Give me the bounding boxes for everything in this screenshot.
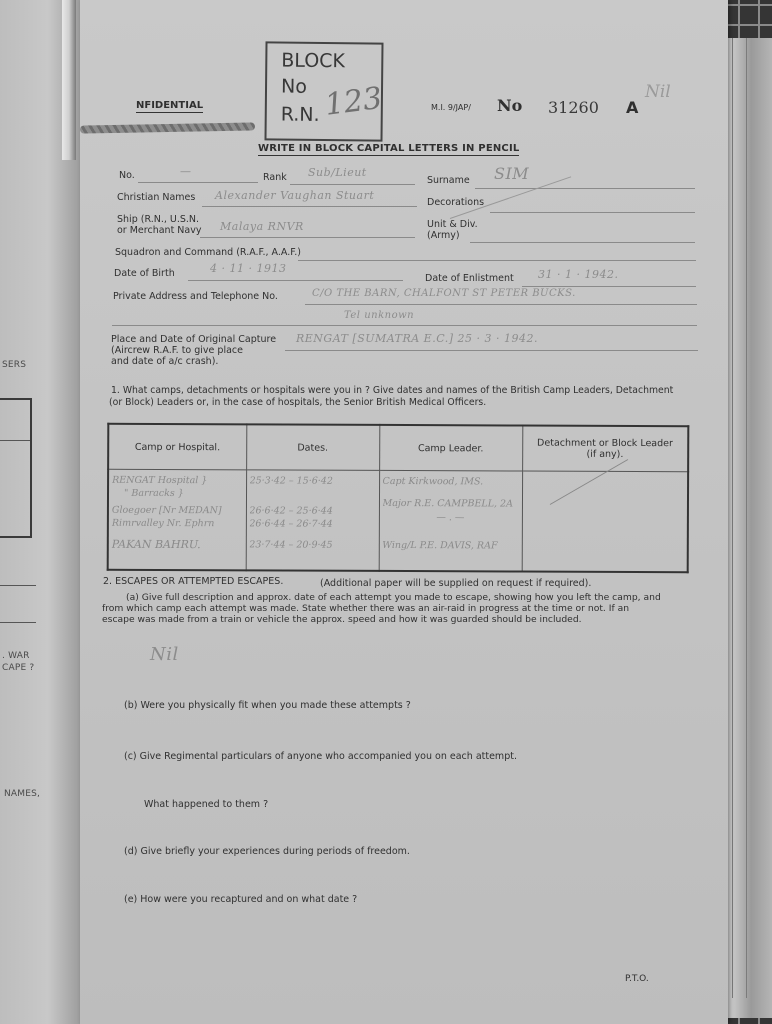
column-header-camp-leader: Camp Leader.: [379, 425, 522, 471]
question-2b: (b) Were you physically fit when you mad…: [124, 700, 411, 711]
decorations-label: Decorations: [427, 197, 484, 208]
binding-twine: [80, 122, 255, 133]
capture-label-line2: (Aircrew R.A.F. to give place: [111, 345, 243, 356]
surname-value[interactable]: SIM: [494, 164, 529, 183]
stamp-line-rn: R.N.: [281, 104, 320, 126]
rank-label: Rank: [263, 172, 287, 183]
question-2-heading: 2. ESCAPES OR ATTEMPTED ESCAPES.: [103, 576, 283, 587]
camp-cell[interactable]: RENGAT Hospital } " Barracks } Gloegoer …: [108, 469, 246, 570]
unit-label-line2: (Army): [427, 230, 460, 241]
rank-value[interactable]: Sub/Lieut: [308, 166, 367, 179]
left-page-fragment: . WAR: [2, 651, 30, 661]
question-2e: (e) How were you recaptured and on what …: [124, 894, 357, 905]
capture-value[interactable]: RENGAT [Sumatra E.C.] 25 · 3 · 1942.: [296, 332, 538, 345]
please-turn-over: P.T.O.: [625, 974, 649, 984]
surname-label: Surname: [427, 175, 470, 186]
instruction-heading: WRITE IN BLOCK CAPITAL LETTERS IN PENCIL: [258, 143, 519, 156]
serial-suffix: A: [626, 98, 638, 117]
camp-leader-cell[interactable]: Capt Kirkwood, IMS. Major R.E. CAMPBELL,…: [379, 470, 522, 571]
column-header-camp: Camp or Hospital.: [108, 424, 246, 470]
table-row: RENGAT Hospital } " Barracks } Gloegoer …: [108, 469, 688, 572]
number-label: No: [497, 96, 522, 115]
ship-value[interactable]: Malaya RNVR: [220, 220, 304, 233]
question-1-line1: 1. What camps, detachments or hospitals …: [111, 385, 673, 396]
unit-label-line1: Unit & Div.: [427, 219, 478, 230]
dob-label: Date of Birth: [114, 268, 175, 279]
column-header-detachment-leader: Detachment or Block Leader (if any).: [522, 426, 688, 472]
left-page-box: [0, 398, 32, 538]
no-label: No.: [119, 170, 135, 181]
capture-label-line3: and date of a/c crash).: [111, 356, 218, 367]
detachment-leader-cell[interactable]: [522, 471, 688, 572]
classification-label: NFIDENTIAL: [136, 100, 203, 113]
table-header-row: Camp or Hospital. Dates. Camp Leader. De…: [108, 424, 688, 472]
address-value-line2[interactable]: Tel unknown: [344, 310, 414, 321]
column-header-dates: Dates.: [246, 424, 379, 470]
christian-names-label: Christian Names: [117, 192, 195, 203]
question-2c-followup: What happened to them ?: [144, 799, 268, 810]
serial-number: 31260: [548, 98, 599, 117]
no-value[interactable]: —: [180, 165, 192, 178]
question-2c: (c) Give Regimental particulars of anyon…: [124, 751, 517, 762]
capture-label-line1: Place and Date of Original Capture: [111, 334, 276, 345]
ship-label-line2: or Merchant Navy: [117, 225, 201, 236]
question-2a-line3: escape was made from a train or vehicle …: [102, 614, 582, 625]
christian-names-value[interactable]: Alexander Vaughan Stuart: [215, 189, 374, 202]
left-page-fragment: CAPE ?: [2, 663, 34, 673]
reference-prefix: M.I. 9/JAP/: [431, 103, 471, 112]
left-page-fragment: NAMES,: [4, 789, 40, 799]
enlistment-label: Date of Enlistment: [425, 273, 514, 284]
binder-spine: [62, 0, 76, 160]
left-page-fragment: SERS: [2, 360, 26, 370]
dates-cell[interactable]: 25·3·42 – 15·6·42 26·6·42 – 25·6·44 26·6…: [246, 470, 379, 571]
ship-label-line1: Ship (R.N., U.S.N.: [117, 214, 199, 225]
question-2d: (d) Give briefly your experiences during…: [124, 846, 410, 857]
questionnaire-page: NFIDENTIAL BLOCK No R.N. 123 M.I. 9/JAP/…: [80, 0, 728, 1024]
enlistment-value[interactable]: 31 · 1 · 1942.: [538, 268, 618, 281]
left-facing-page: SERS . WAR CAPE ? NAMES,: [0, 0, 80, 1024]
address-label: Private Address and Telephone No.: [113, 291, 278, 302]
stamp-line-no: No: [281, 76, 307, 98]
corner-annotation: Nil: [645, 82, 671, 102]
question-2a-answer[interactable]: Nil: [150, 644, 179, 665]
squadron-label: Squadron and Command (R.A.F., A.A.F.): [115, 247, 301, 258]
camps-table: Camp or Hospital. Dates. Camp Leader. De…: [107, 423, 690, 574]
address-value-line1[interactable]: c/o THE BARN, CHALFONT ST PETER BUCKS.: [312, 288, 576, 299]
question-2-note: (Additional paper will be supplied on re…: [320, 578, 591, 589]
dob-value[interactable]: 4 · 11 · 1913: [210, 262, 286, 275]
question-2a-line1: (a) Give full description and approx. da…: [126, 592, 661, 603]
block-number-stamp: BLOCK No R.N. 123: [264, 41, 383, 141]
question-2a-line2: from which camp each attempt was made. S…: [102, 603, 629, 614]
stamp-handwritten-number: 123: [323, 81, 384, 123]
stamp-line-block: BLOCK: [281, 50, 345, 73]
question-1-line2: (or Block) Leaders or, in the case of ho…: [109, 397, 486, 408]
